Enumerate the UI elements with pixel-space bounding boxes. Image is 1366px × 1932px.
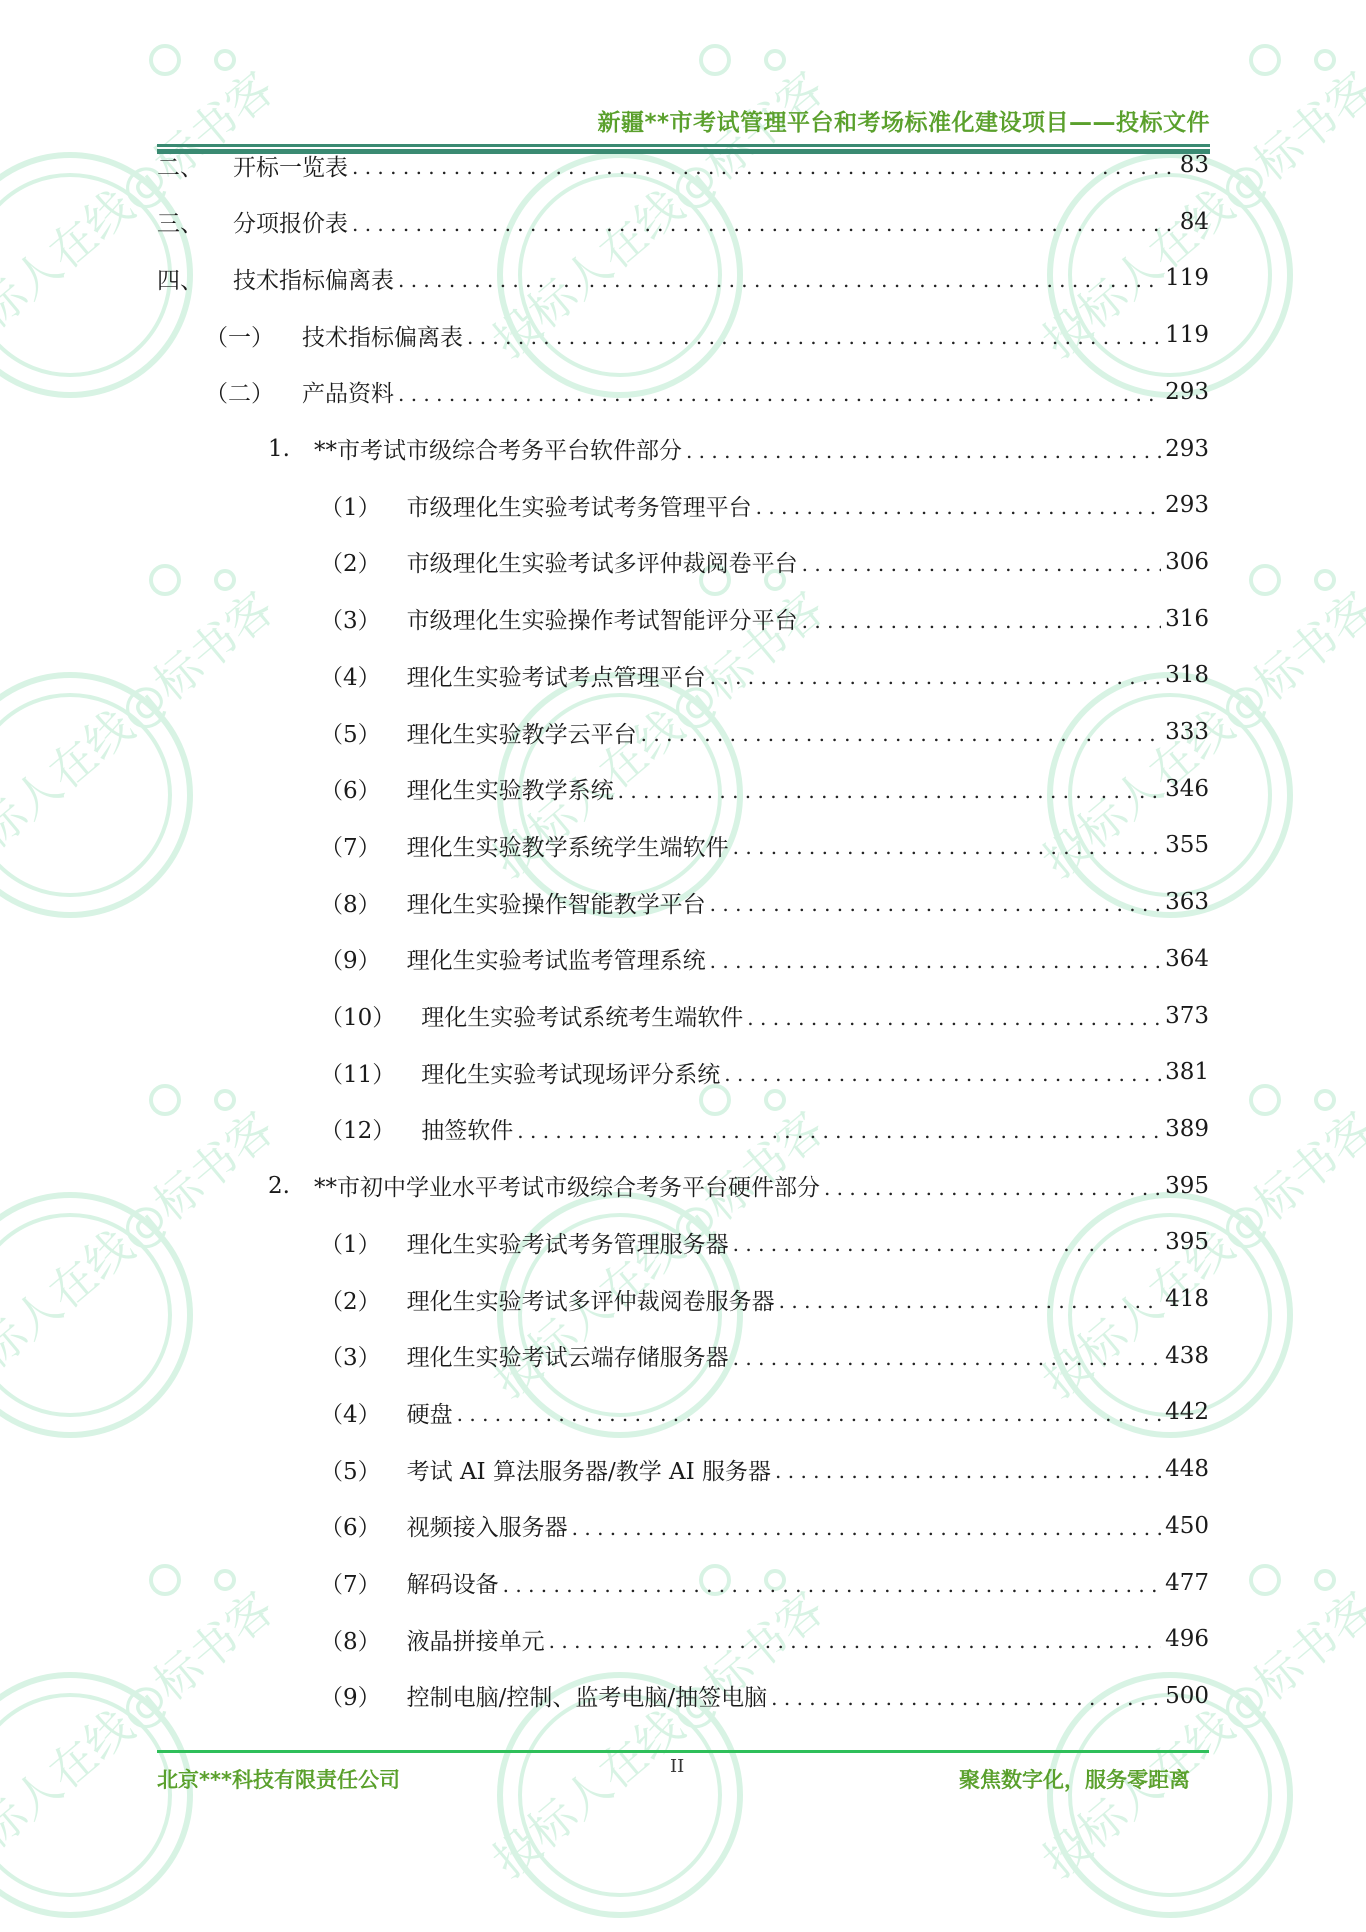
- toc-dot-leader: [710, 887, 1161, 917]
- toc-dot-leader: [710, 660, 1161, 690]
- toc-entry-page: 477: [1165, 1570, 1209, 1596]
- toc-dot-leader: [352, 207, 1176, 237]
- toc-dot-leader: [747, 1001, 1161, 1031]
- footer-slogan: 聚焦数字化，服务零距离: [959, 1764, 1190, 1794]
- toc-entry-number: （9）: [320, 1679, 381, 1712]
- toc-entry-title: 理化生实验考试云端存储服务器: [407, 1339, 729, 1372]
- toc-dot-leader: [771, 1681, 1161, 1711]
- footer-page-number: II: [670, 1756, 684, 1777]
- toc-entry-title: 市级理化生实验操作考试智能评分平台: [407, 602, 798, 635]
- toc-entry-title: 理化生实验考试多评仲裁阅卷服务器: [407, 1283, 775, 1316]
- toc-entry-number: （8）: [320, 886, 381, 919]
- toc-entry-title: 技术指标偏离表: [302, 319, 463, 352]
- toc-entry-page: 448: [1165, 1456, 1209, 1482]
- toc-dot-leader: [733, 830, 1161, 860]
- toc-entry[interactable]: 三、分项报价表84: [157, 202, 1209, 242]
- toc-entry-number: （2）: [320, 1283, 381, 1316]
- toc-entry-page: 438: [1165, 1343, 1209, 1369]
- toc-entry-title: 视频接入服务器: [407, 1509, 568, 1542]
- toc-entry[interactable]: （11）理化生实验考试现场评分系统381: [320, 1052, 1209, 1092]
- toc-entry-number: （5）: [320, 716, 381, 749]
- toc-entry-number: （1）: [320, 1226, 381, 1259]
- toc-dot-leader: [756, 490, 1161, 520]
- toc-entry-page: 333: [1165, 719, 1209, 745]
- toc-entry-title: 市级理化生实验考试考务管理平台: [407, 489, 752, 522]
- toc-entry-page: 293: [1165, 492, 1209, 518]
- toc-entry-page: 293: [1165, 379, 1209, 405]
- toc-entry[interactable]: （2）市级理化生实验考试多评仲裁阅卷平台306: [320, 542, 1209, 582]
- toc-entry-page: 381: [1165, 1059, 1209, 1085]
- toc-entry[interactable]: （2）理化生实验考试多评仲裁阅卷服务器418: [320, 1279, 1209, 1319]
- toc-entry[interactable]: （5）考试 AI 算法服务器/教学 AI 服务器448: [320, 1449, 1209, 1489]
- toc-entry[interactable]: （二）产品资料293: [205, 372, 1209, 412]
- toc-entry-title: 理化生实验考试系统考生端软件: [421, 999, 743, 1032]
- toc-entry-number: （1）: [320, 489, 381, 522]
- toc-entry-number: 四、: [157, 262, 203, 295]
- toc-entry[interactable]: （8）理化生实验操作智能教学平台363: [320, 882, 1209, 922]
- toc-entry-title: **市考试市级综合考务平台软件部分: [314, 432, 682, 465]
- toc-entry[interactable]: （4）硬盘442: [320, 1392, 1209, 1432]
- toc-entry-title: 抽签软件: [421, 1112, 513, 1145]
- toc-entry-number: 三、: [157, 205, 203, 238]
- toc-entry-number: （10）: [320, 999, 395, 1032]
- toc-entry-title: 控制电脑/控制、监考电脑/抽签电脑: [407, 1679, 768, 1712]
- toc-entry-page: 119: [1165, 265, 1209, 291]
- toc-entry[interactable]: 四、技术指标偏离表119: [157, 258, 1209, 298]
- toc-entry-page: 316: [1165, 606, 1209, 632]
- toc-entry-title: 硬盘: [407, 1396, 453, 1429]
- toc-entry-title: 解码设备: [407, 1566, 499, 1599]
- toc-entry-page: 389: [1165, 1116, 1209, 1142]
- toc-entry[interactable]: （9）控制电脑/控制、监考电脑/抽签电脑500: [320, 1676, 1209, 1716]
- toc-entry[interactable]: 二、开标一览表83: [157, 145, 1209, 185]
- toc-entry[interactable]: 2.**市初中学业水平考试市级综合考务平台硬件部分395: [268, 1166, 1209, 1206]
- header-title: 新疆**市考试管理平台和考场标准化建设项目——投标文件: [597, 104, 1210, 137]
- toc-dot-leader: [802, 604, 1161, 634]
- footer-company: 北京***科技有限责任公司: [157, 1764, 400, 1794]
- toc-entry-title: 理化生实验操作智能教学平台: [407, 886, 706, 919]
- toc-entry-title: **市初中学业水平考试市级综合考务平台硬件部分: [314, 1169, 820, 1202]
- toc-entry[interactable]: （4）理化生实验考试考点管理平台318: [320, 655, 1209, 695]
- toc-entry-number: 1.: [268, 436, 290, 462]
- toc-entry-page: 83: [1180, 152, 1209, 178]
- toc-entry-page: 363: [1165, 889, 1209, 915]
- toc-dot-leader: [618, 774, 1161, 804]
- toc-entry-number: （4）: [320, 659, 381, 692]
- toc-entry[interactable]: （6）理化生实验教学系统346: [320, 769, 1209, 809]
- toc-entry-page: 442: [1165, 1399, 1209, 1425]
- toc-dot-leader: [517, 1114, 1161, 1144]
- toc-entry[interactable]: （一）技术指标偏离表119: [205, 315, 1209, 355]
- toc-entry-page: 318: [1165, 662, 1209, 688]
- toc-dot-leader: [549, 1624, 1161, 1654]
- toc-entry[interactable]: （9）理化生实验考试监考管理系统364: [320, 939, 1209, 979]
- toc-entry-page: 496: [1165, 1626, 1209, 1652]
- toc-entry-title: 理化生实验教学系统学生端软件: [407, 829, 729, 862]
- toc-entry-number: 二、: [157, 149, 203, 182]
- toc-entry-page: 346: [1165, 776, 1209, 802]
- footer-rule: [157, 1750, 1209, 1753]
- toc-entry[interactable]: （7）解码设备477: [320, 1563, 1209, 1603]
- toc-dot-leader: [775, 1454, 1161, 1484]
- toc-dot-leader: [824, 1171, 1161, 1201]
- toc-dot-leader: [467, 320, 1161, 350]
- toc-dot-leader: [641, 717, 1161, 747]
- toc-entry-page: 364: [1165, 946, 1209, 972]
- toc-entry-page: 119: [1165, 322, 1209, 348]
- toc-entry-page: 373: [1165, 1003, 1209, 1029]
- toc-entry-number: （12）: [320, 1112, 395, 1145]
- toc-entry-number: 2.: [268, 1173, 290, 1199]
- toc-entry-page: 84: [1180, 209, 1209, 235]
- toc-entry-title: 理化生实验考试考点管理平台: [407, 659, 706, 692]
- toc-entry-title: 考试 AI 算法服务器/教学 AI 服务器: [407, 1453, 771, 1486]
- toc-dot-leader: [572, 1511, 1161, 1541]
- toc-entry-number: （8）: [320, 1623, 381, 1656]
- toc-entry-page: 450: [1165, 1513, 1209, 1539]
- toc-entry[interactable]: （5）理化生实验教学云平台333: [320, 712, 1209, 752]
- toc-entry-number: （5）: [320, 1453, 381, 1486]
- toc-entry-number: （4）: [320, 1396, 381, 1429]
- toc-entry-title: 理化生实验考试监考管理系统: [407, 942, 706, 975]
- toc-entry-title: 理化生实验考试考务管理服务器: [407, 1226, 729, 1259]
- toc-entry[interactable]: （10）理化生实验考试系统考生端软件373: [320, 996, 1209, 1036]
- toc-entry-title: 理化生实验考试现场评分系统: [421, 1056, 720, 1089]
- toc-entry-number: （7）: [320, 1566, 381, 1599]
- toc-entry-title: 开标一览表: [233, 149, 348, 182]
- toc-entry-number: （二）: [205, 375, 274, 408]
- toc-entry-page: 293: [1165, 436, 1209, 462]
- toc-entry-page: 500: [1165, 1683, 1209, 1709]
- toc-entry[interactable]: （1）理化生实验考试考务管理服务器395: [320, 1222, 1209, 1262]
- toc-dot-leader: [686, 434, 1161, 464]
- toc-dot-leader: [733, 1341, 1161, 1371]
- toc-dot-leader: [724, 1057, 1161, 1087]
- toc-entry[interactable]: （3）理化生实验考试云端存储服务器438: [320, 1336, 1209, 1376]
- toc-entry-page: 306: [1165, 549, 1209, 575]
- toc-entry-number: （6）: [320, 772, 381, 805]
- toc-entry-page: 418: [1165, 1286, 1209, 1312]
- toc-dot-leader: [802, 547, 1161, 577]
- toc-entry[interactable]: （3）市级理化生实验操作考试智能评分平台316: [320, 599, 1209, 639]
- toc-entry-title: 产品资料: [302, 375, 394, 408]
- toc-entry-number: （11）: [320, 1056, 395, 1089]
- toc-dot-leader: [503, 1568, 1161, 1598]
- toc-entry-title: 液晶拼接单元: [407, 1623, 545, 1656]
- toc-entry[interactable]: 1.**市考试市级综合考务平台软件部分293: [268, 429, 1209, 469]
- toc-entry-title: 分项报价表: [233, 205, 348, 238]
- toc-entry-title: 理化生实验教学系统: [407, 772, 614, 805]
- toc-entry-number: （9）: [320, 942, 381, 975]
- document-page: 新疆**市考试管理平台和考场标准化建设项目——投标文件 二、开标一览表83三、分…: [0, 0, 1366, 1932]
- toc-dot-leader: [457, 1397, 1161, 1427]
- toc-entry-number: （一）: [205, 319, 274, 352]
- toc-entry-title: 技术指标偏离表: [233, 262, 394, 295]
- toc-dot-leader: [710, 944, 1161, 974]
- toc-entry-page: 395: [1165, 1173, 1209, 1199]
- toc-dot-leader: [398, 263, 1161, 293]
- toc-dot-leader: [352, 150, 1176, 180]
- toc-entry-title: 理化生实验教学云平台: [407, 716, 637, 749]
- toc-entry-number: （7）: [320, 829, 381, 862]
- toc-entry[interactable]: （1）市级理化生实验考试考务管理平台293: [320, 485, 1209, 525]
- toc-dot-leader: [779, 1284, 1161, 1314]
- toc-entry-number: （3）: [320, 1339, 381, 1372]
- toc-entry-page: 395: [1165, 1229, 1209, 1255]
- toc-entry-number: （3）: [320, 602, 381, 635]
- toc-entry-title: 市级理化生实验考试多评仲裁阅卷平台: [407, 545, 798, 578]
- toc-entry-number: （6）: [320, 1509, 381, 1542]
- toc-dot-leader: [733, 1227, 1161, 1257]
- toc-entry-number: （2）: [320, 545, 381, 578]
- toc-entry[interactable]: （6）视频接入服务器450: [320, 1506, 1209, 1546]
- toc-entry[interactable]: （7）理化生实验教学系统学生端软件355: [320, 825, 1209, 865]
- toc-entry[interactable]: （12）抽签软件389: [320, 1109, 1209, 1149]
- toc-entry-page: 355: [1165, 832, 1209, 858]
- toc-entry[interactable]: （8）液晶拼接单元496: [320, 1619, 1209, 1659]
- toc-dot-leader: [398, 377, 1161, 407]
